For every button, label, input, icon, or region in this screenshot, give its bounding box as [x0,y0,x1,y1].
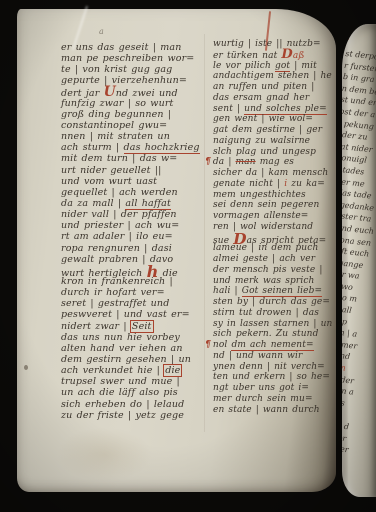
ink-text: zu der friste | yetz gege [61,410,184,421]
ink-text: er türken nat [213,51,281,61]
ink-text: sich erheben do | lelaud [61,399,184,410]
ink-text: er uns das geseit | man [61,42,182,53]
next-page-text: st derpor fursten vb in gran dem benst u… [342,48,376,472]
red-initial: h [147,266,159,277]
ink-text: almei geste | ach ver [213,254,315,264]
ink-text: das ersam gnad her [213,93,309,103]
manuscript-line: gen went | wie wol= [213,114,343,125]
ink-text: ten und erkern | so he= [213,372,330,382]
ink-speck [24,365,28,370]
manuscript-line: gequellet | ach werden [61,187,209,198]
manuscript-line: das ersam gnad her [213,93,343,104]
ink-text: gequellet | ach werden [61,187,178,198]
ink-text: stirn tut drowen | das [213,308,319,318]
manuscript-line: zu der friste | yetz gege [61,410,209,421]
ink-text: ropa rengnuren | dasi [61,243,172,254]
manuscript-line: gepurte | vierzehenhun= [61,75,209,86]
manuscript-line: dem gestirn gesehen | un [61,354,209,365]
manuscript-line: das uns nun hie vorbey [61,332,209,343]
manuscript-line: ach verkundet hie | die [61,365,209,376]
photo-background: a er uns das geseit | manman pe peschrei… [0,0,376,512]
manuscript-line: almei geste | ach ver [213,254,343,265]
manuscript-line: un ach die läff also pis [61,387,209,398]
ink-text: an ruffen und piten | [213,82,314,92]
red-underlined-text: got [275,61,290,72]
manuscript-line: und merk was sprich [213,276,343,287]
ink-text: seret | gestraffet und [61,298,169,309]
manuscript-line: hali | Got seinen lieb= [213,286,343,297]
ink-text: sten by | durch das ge= [213,297,330,307]
manuscript-line: dert jar Und zwei und [61,87,209,98]
manuscript-line: ten und erkern | so he= [213,372,343,383]
ink-text: und merk was sprich [213,276,315,286]
ink-text: funfzig zwar | so wurt [61,98,174,109]
ink-text: sy in lassen starnen | un [213,319,332,329]
ink-text: un ach die läff also pis [61,387,178,398]
ink-text: urt nider geuellet || [61,165,161,176]
manuscript-line: funfzig zwar | so wurt [61,98,209,109]
manuscript-line: stirn tut drowen | das [213,308,343,319]
red-ink-text: aß [293,51,305,61]
manuscript-line: und priester | ach wu= [61,220,209,231]
red-boxed-text: Seit [131,321,153,332]
manuscript-line: gat dem gestirne | ger [213,125,343,136]
ink-text: genate nicht | [213,179,284,189]
red-struck-text: man [236,157,256,167]
ink-text: nnen | mit straten un [61,131,170,142]
ink-text: nd | und wann wir [213,351,302,361]
ink-text: te | von krist gug gag [61,64,172,75]
ink-text: lameue | in dem puch [213,243,318,253]
manuscript-line: genate nicht | i zu ka= [213,179,343,190]
manuscript-line: der mensch pis veste | [213,265,343,276]
ink-text: durch ir hofart ver= [61,287,165,298]
manuscript-line: sent | und solches ple= [213,104,343,115]
ink-text: gen went | wie wol= [213,114,313,124]
ink-text: da za mall | [61,198,125,209]
manuscript-line: mer durch sein mu= [213,394,343,405]
ink-text: slch plag und ungesp [213,147,316,157]
red-paragraph-mark: ¶ [205,340,211,350]
manuscript-line: sten by | durch das ge= [213,297,343,308]
manuscript-line: und vom wurt uast [61,176,209,187]
manuscript-line: groß ding begunnen | [61,109,209,120]
manuscript-line: le vor pilich got | mit [213,61,343,72]
ink-text: man pe peschreiben wor= [61,53,194,64]
red-underlined-text: dm ach nement= [231,340,313,351]
ink-text: constantinopel gwu= [61,120,167,131]
ink-text: naigung zu walsirne [213,136,310,146]
ink-text: ngt uber uns got i= [213,383,309,393]
manuscript-line: sue Das spricht peta= [213,233,343,244]
ink-text: und vom wurt uast [61,176,157,187]
ink-text: andachtigem stehen | he [213,71,332,81]
manuscript-line: durch ir hofart ver= [61,287,209,298]
manuscript-line: nd | und wann wir [213,351,343,362]
manuscript-line: nider vall | der pfaffen [61,209,209,220]
ink-text: peswveret | und vast er= [61,309,190,320]
manuscript-line: alten hand ver iehen an [61,343,209,354]
ink-text: nidert zwar | [61,321,131,332]
ink-text: ren | wol widerstand [213,222,313,232]
ink-text: da | [213,157,236,167]
manuscript-line: da za mall | all haffat [61,198,209,209]
manuscript-line: gewalt prabren | davo [61,254,209,265]
ink-text: nol [213,340,232,350]
manuscript-line: mit dem turn | das w= [61,153,209,164]
manuscript-line: mem ungesthichtes [213,190,343,201]
ink-text: mit dem turn | das w= [61,153,177,164]
manuscript-line: er uns das geseit | man [61,42,209,53]
manuscript-line: ynen denn | nit verch= [213,362,343,373]
red-initial: D [233,234,246,245]
ink-text: alten hand ver iehen an [61,343,183,354]
text-column-left: er uns das geseit | manman pe peschreibe… [61,42,209,421]
ink-text: und priester | ach wu= [61,220,179,231]
manuscript-line: an ruffen und piten | [213,82,343,93]
manuscript-line: slch plag und ungesp [213,147,343,158]
ink-text: groß ding begunnen | [61,109,171,120]
ink-text: mer durch sein mu= [213,394,313,404]
ink-text: le vor pilich [213,61,275,71]
ink-text: mem ungesthichtes [213,190,306,200]
ink-text: zu ka= [287,179,325,189]
ink-text: wurtig | iste || nutzb= [213,39,321,49]
ink-text: trupsel swer und mue | [61,376,180,387]
manuscript-line: seret | gestraffet und [61,298,209,309]
manuscript-line: naigung zu walsirne [213,136,343,147]
ink-text: ach verkundet hie | [61,365,164,376]
ink-text: der mensch pis veste | [213,265,323,275]
manuscript-line: sicher da | kam mensch [213,168,343,179]
ink-text: ynen denn | nit verch= [213,362,325,372]
manuscript-line: sich pekern. Zu stund [213,329,343,340]
red-paragraph-mark: ¶ [205,157,211,167]
red-pen-stroke [347,26,351,40]
ink-text: sent | [213,104,244,114]
ink-text: sei denn sein pegeren [213,200,319,210]
ink-text: ach sturm | [61,142,124,153]
manuscript-line: te | von krist gug gag [61,64,209,75]
manuscript-line: ropa rengnuren | dasi [61,243,209,254]
ink-text: hali | [213,286,242,296]
manuscript-line: ach sturm | das hochzkrieg [61,142,209,153]
next-page-edge: st derpor fursten vb in gran dem benst u… [342,24,376,497]
manuscript-line: ¶nol dm ach nement= [213,340,343,351]
red-underlined-text: und solches ple= [244,104,327,115]
red-underlined-text: Got seinen lieb= [242,286,322,297]
ink-text: sicher da | kam mensch [213,168,328,178]
manuscript-line: nnen | mit straten un [61,131,209,142]
manuscript-line: sy in lassen starnen | un [213,319,343,330]
manuscript-line: trupsel swer und mue | [61,376,209,387]
ink-text: en state | wann durch [213,405,320,415]
manuscript-line: ngt uber uns got i= [213,383,343,394]
manuscript-line: sei denn sein pegeren [213,200,343,211]
ink-text: dem gestirn gesehen | un [61,354,191,365]
manuscript-line: nidert zwar | Seit [61,321,209,332]
text-column-right: wurtig | iste || nutzb=er türken nat Daß… [213,39,343,415]
parchment-stain [57,427,152,482]
manuscript-line: er türken nat Daß [213,50,343,61]
manuscript-line: wurtig | iste || nutzb= [213,39,343,50]
red-initial: D [281,47,292,62]
manuscript-line: sich erheben do | lelaud [61,399,209,410]
ink-text: das uns nun hie vorbey [61,332,180,343]
ink-text: sich pekern. Zu stund [213,329,319,339]
manuscript-line: kron in frankenreich | [61,276,209,287]
manuscript-line: wurt hertigleich h die [61,265,209,276]
manuscript-line: constantinopel gwu= [61,120,209,131]
ink-text: nider vall | der pfaffen [61,209,177,220]
manuscript-line: man pe peschreiben wor= [61,53,209,64]
manuscript-line: andachtigem stehen | he [213,71,343,82]
ink-text: | mit [290,61,317,71]
manuscript-line: urt nider geuellet || [61,165,209,176]
ink-text: mag es [256,157,294,167]
manuscript-line: rt am adaler | ilo eu= [61,231,209,242]
manuscript-page: a er uns das geseit | manman pe peschrei… [17,9,336,492]
ink-text: gat dem gestirne | ger [213,125,322,135]
red-boxed-text: die [164,365,181,376]
ink-text: rt am adaler | ilo eu= [61,231,173,242]
manuscript-line: vormagen allenste= [213,211,343,222]
ink-text: vormagen allenste= [213,211,309,221]
manuscript-line: ¶da | man mag es [213,157,343,168]
quire-signature: a [99,27,104,36]
ink-text: gepurte | vierzehenhun= [61,75,187,86]
manuscript-line: en state | wann durch [213,405,343,416]
manuscript-line: peswveret | und vast er= [61,309,209,320]
